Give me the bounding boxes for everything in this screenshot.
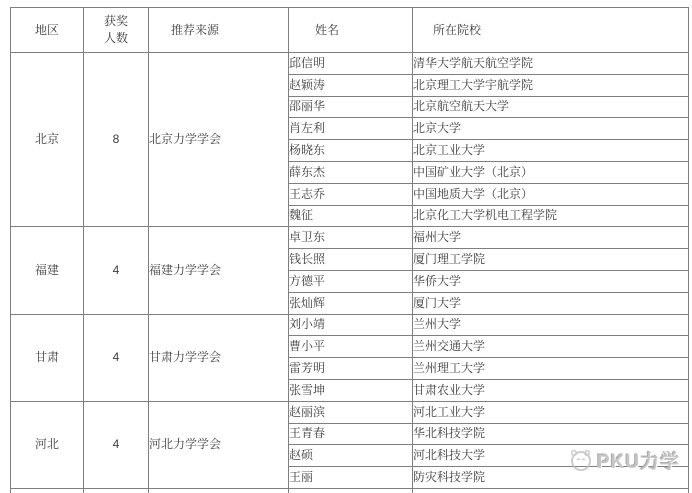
name-cell: 王丽 [289, 467, 413, 489]
school-cell: 北京化工大学机电工程学院 [413, 205, 689, 227]
name-cell: 杨晓东 [289, 140, 413, 162]
table-row: 福建 4 福建力学学会 卓卫东 福州大学 [11, 227, 689, 249]
header-school: 所在院校 [413, 8, 689, 53]
school-cell: 兰州理工大学 [413, 358, 689, 380]
school-cell: 中国地质大学（北京） [413, 183, 689, 205]
name-cell: 王青春 [289, 423, 413, 445]
school-cell: 清华大学航天航空学院 [413, 53, 689, 75]
source-cell: 河北力学学会 [149, 401, 289, 488]
name-cell [289, 488, 413, 493]
count-cell: 4 [84, 314, 149, 401]
header-source: 推荐来源 [149, 8, 289, 53]
table-row-partial [11, 488, 689, 493]
name-cell: 张雪坤 [289, 379, 413, 401]
name-cell: 卓卫东 [289, 227, 413, 249]
table-row: 北京 8 北京力学学会 邱信明 清华大学航天航空学院 [11, 53, 689, 75]
name-cell: 钱长照 [289, 249, 413, 271]
name-cell: 刘小靖 [289, 314, 413, 336]
name-cell: 曹小平 [289, 336, 413, 358]
school-cell: 北京理工大学宇航学院 [413, 74, 689, 96]
name-cell: 赵颖涛 [289, 74, 413, 96]
name-cell: 雷芳明 [289, 358, 413, 380]
name-cell: 魏征 [289, 205, 413, 227]
source-cell: 福建力学学会 [149, 227, 289, 314]
school-cell: 中国矿业大学（北京） [413, 161, 689, 183]
school-cell: 华侨大学 [413, 270, 689, 292]
school-cell: 厦门大学 [413, 292, 689, 314]
count-cell [84, 488, 149, 493]
region-cell [11, 488, 84, 493]
name-cell: 薛东杰 [289, 161, 413, 183]
name-cell: 肖左利 [289, 118, 413, 140]
school-cell: 甘肃农业大学 [413, 379, 689, 401]
source-cell: 甘肃力学学会 [149, 314, 289, 401]
source-cell: 北京力学学会 [149, 53, 289, 227]
school-cell: 河北工业大学 [413, 401, 689, 423]
name-cell: 赵丽滨 [289, 401, 413, 423]
name-cell: 邵丽华 [289, 96, 413, 118]
header-award-count: 获奖 人数 [84, 8, 149, 53]
school-cell: 北京航空航天大学 [413, 96, 689, 118]
count-cell: 8 [84, 53, 149, 227]
header-region: 地区 [11, 8, 84, 53]
school-cell: 防灾科技学院 [413, 467, 689, 489]
region-cell: 甘肃 [11, 314, 84, 401]
school-cell: 福州大学 [413, 227, 689, 249]
header-award-count-line2: 人数 [84, 30, 148, 47]
name-cell: 王志乔 [289, 183, 413, 205]
school-cell [413, 488, 689, 493]
school-cell: 厦门理工学院 [413, 249, 689, 271]
award-winners-table: 地区 获奖 人数 推荐来源 姓名 所在院校 北京 8 北京力学学会 邱信明 清华… [10, 7, 689, 493]
name-cell: 邱信明 [289, 53, 413, 75]
school-cell: 北京工业大学 [413, 140, 689, 162]
table-row: 河北 4 河北力学学会 赵丽滨 河北工业大学 [11, 401, 689, 423]
name-cell: 赵硕 [289, 445, 413, 467]
school-cell: 河北科技大学 [413, 445, 689, 467]
school-cell: 兰州大学 [413, 314, 689, 336]
school-cell: 华北科技学院 [413, 423, 689, 445]
header-row: 地区 获奖 人数 推荐来源 姓名 所在院校 [11, 8, 689, 53]
table-row: 甘肃 4 甘肃力学学会 刘小靖 兰州大学 [11, 314, 689, 336]
header-name: 姓名 [289, 8, 413, 53]
name-cell: 方德平 [289, 270, 413, 292]
region-cell: 北京 [11, 53, 84, 227]
page: 地区 获奖 人数 推荐来源 姓名 所在院校 北京 8 北京力学学会 邱信明 清华… [0, 0, 692, 493]
header-award-count-line1: 获奖 [84, 13, 148, 30]
region-cell: 河北 [11, 401, 84, 488]
count-cell: 4 [84, 401, 149, 488]
region-cell: 福建 [11, 227, 84, 314]
school-cell: 北京大学 [413, 118, 689, 140]
name-cell: 张灿辉 [289, 292, 413, 314]
school-cell: 兰州交通大学 [413, 336, 689, 358]
count-cell: 4 [84, 227, 149, 314]
source-cell [149, 488, 289, 493]
